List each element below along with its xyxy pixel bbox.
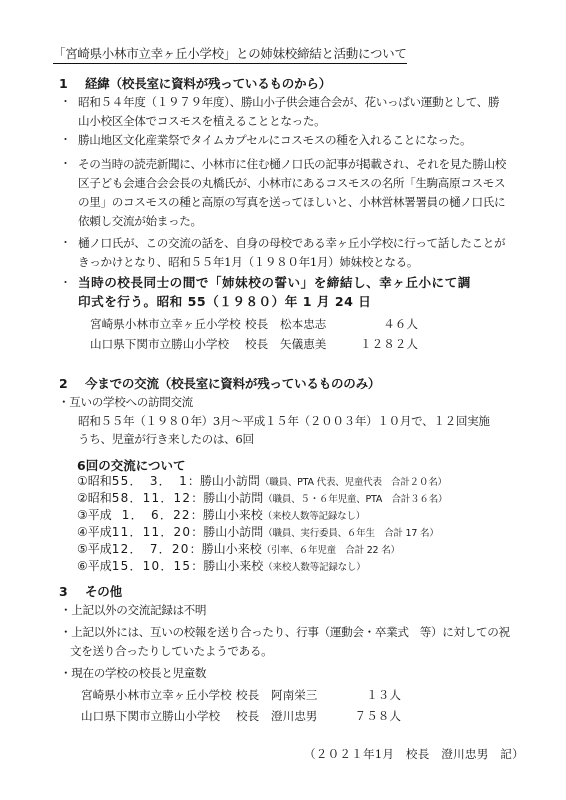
exchange-number: ② [77, 491, 88, 505]
signature: （２０２１年1月 校長 澄川忠男 記） [304, 746, 524, 762]
s1-item1-line2: 山小校区全体でコスモスを植えることとなった。 [78, 113, 325, 129]
s1-item4-line1: 樋ノ口氏が、この交流の話を、自身の母校である幸ヶ丘小学校に行って話したことが [78, 235, 505, 251]
exchange-event: ：勝山小訪問 [188, 474, 260, 488]
exchange-item: ①昭和55． 3． 1：勝山小訪問（職員、PTA 代表、児童代表 合計２０名） [77, 473, 447, 491]
exchange-event: ：勝山小訪問 [191, 491, 263, 505]
school-name: 宮崎県小林市立幸ヶ丘小学校 [81, 687, 232, 703]
section-1-number: 1 [59, 76, 85, 91]
section-2-title: 今までの交流（校長室に資料が残っているもののみ） [85, 376, 380, 391]
exchange-era: 昭和 [88, 474, 112, 488]
s1-item1-line1: 昭和５４年度（１９７９年度）、勝山小子供会連合会が、花いっぱい運動として、勝 [78, 94, 499, 110]
school-name: 宮崎県小林市立幸ヶ丘小学校 [90, 316, 241, 332]
exchange-item: ③平成 1． 6．22：勝山小来校（来校人数等記録なし） [77, 507, 365, 525]
section-2-heading: 2今までの交流（校長室に資料が残っているもののみ） [59, 374, 380, 392]
s3-item1: ・上記以外の交流記録は不明 [60, 602, 206, 618]
exchange-era: 昭和 [88, 491, 112, 505]
s1-item3-line1: その当時の読売新聞に、小林市に住む樋ノ口氏の記事が掲載され、それを見た勝山校 [78, 156, 506, 172]
exchange-era: 平成 [88, 508, 112, 522]
exchange-era: 平成 [88, 542, 112, 556]
school-role: 校長 [245, 316, 268, 332]
section-3-heading: 3その他 [59, 582, 122, 600]
exchange-note: （職員、５・６年児童、PTA 合計３６名） [263, 494, 447, 505]
exchange-date: 1． 6．22 [112, 508, 191, 522]
student-count: ７５８人 [331, 708, 401, 724]
exchange-note: （職員、実行委員、６年生 合計 17 名） [263, 528, 438, 539]
exchange-note: （来校人数等記録なし） [263, 511, 365, 522]
bullet-icon: ・ [60, 94, 71, 110]
bullet-icon: ・ [60, 235, 71, 251]
student-count: ４６人 [360, 316, 418, 332]
exchange-event: ：勝山小来校 [190, 542, 262, 556]
section-1-heading: 1経緯（校長室に資料が残っているものから） [59, 74, 331, 92]
s1-item5-line1: 当時の校長同士の間で「姉妹校の誓い」を締結し、幸ヶ丘小にて調 [78, 274, 471, 292]
s3-item3: ・現在の学校の校長と児童数 [60, 665, 206, 681]
document-title: 「宮崎県小林市立幸ヶ丘小学校」との姉妹校締結と活動について [53, 44, 407, 64]
s1-item3-line3: の里」のコスモスの種と高原の写真を送ってほしいと、小林営林署署員の樋ノ口氏に [78, 194, 505, 210]
exchange-note: （引率、６年児童 合計 22 名） [262, 545, 400, 556]
exchange-number: ① [77, 474, 88, 488]
section-3-number: 3 [59, 584, 85, 599]
exchange-date: 12． 7．20 [112, 542, 190, 556]
principal-name: 澄川忠男 [271, 708, 317, 724]
bullet-icon: ・ [60, 132, 71, 148]
student-count: １３人 [331, 687, 401, 703]
exchange-date: 11．11．20 [112, 525, 191, 539]
school-role: 校長 [236, 708, 259, 724]
s3-item2-line1: ・上記以外には、互いの校報を送り合ったり、行事（運動会・卒業式 等）に対しての祝 [60, 624, 510, 640]
section-2-number: 2 [59, 376, 85, 391]
exchange-event: ：勝山小訪問 [191, 525, 263, 539]
document-page: 「宮崎県小林市立幸ヶ丘小学校」との姉妹校締結と活動について 1経緯（校長室に資料… [0, 0, 566, 800]
exchange-date: 15．10．15 [112, 559, 191, 573]
exchange-item: ②昭和58．11．12：勝山小訪問（職員、５・６年児童、PTA 合計３６名） [77, 490, 447, 508]
bullet-icon: ・ [60, 156, 71, 172]
s1-item3-line2: 区子ども会連合会会長の丸橋氏が、小林市にあるコスモスの名所「生駒高原コスモス [78, 175, 505, 191]
section-1-title: 経緯（校長室に資料が残っているものから） [85, 76, 331, 91]
exchange-note: （職員、PTA 代表、児童代表 合計２０名） [260, 477, 447, 488]
bullet-icon: ・ [60, 275, 71, 291]
exchange-event: ：勝山小来校 [191, 559, 263, 573]
principal-name: 松本忠志 [280, 316, 326, 332]
exchange-item: ⑥平成15．10．15：勝山小来校（来校人数等記録なし） [77, 558, 366, 576]
exchange-era: 平成 [88, 525, 112, 539]
exchange-date: 55． 3． 1 [112, 474, 188, 488]
school-role: 校長 [245, 336, 268, 352]
s3-item2-line2: 文を送り合ったりしていたようである。 [70, 643, 272, 659]
principal-name: 阿南栄三 [271, 687, 317, 703]
section-3-title: その他 [85, 584, 122, 599]
exchange-number: ⑥ [77, 559, 88, 573]
principal-name: 矢儀恵美 [280, 336, 326, 352]
exchanges-heading: 6回の交流について [77, 456, 185, 474]
exchange-era: 平成 [88, 559, 112, 573]
school-name: 山口県下関市立勝山小学校 [81, 708, 220, 724]
school-role: 校長 [236, 687, 259, 703]
school-name: 山口県下関市立勝山小学校 [90, 336, 229, 352]
student-count: １２８２人 [360, 336, 418, 352]
exchange-date: 58．11．12 [112, 491, 191, 505]
exchange-item: ⑤平成12． 7．20：勝山小来校（引率、６年児童 合計 22 名） [77, 541, 400, 559]
exchange-event: ：勝山小来校 [191, 508, 263, 522]
exchange-note: （来校人数等記録なし） [263, 562, 365, 573]
exchange-number: ③ [77, 508, 88, 522]
exchange-item: ④平成11．11．20：勝山小訪問（職員、実行委員、６年生 合計 17 名） [77, 524, 439, 542]
s2-summary-line1: 昭和５５年（１９８０年）3月～平成１５年（２００３年）１０月で、１２回実施 [78, 413, 490, 429]
s1-item5-line2: 印式を行う。昭和 55（１９８０）年 1 月 24 日 [78, 293, 371, 311]
s2-visit-label: ・互いの学校への訪問交流 [58, 394, 193, 410]
s2-summary-line2: うち、児童が行き来したのは、6回 [78, 431, 254, 447]
s1-item3-line4: 依頼し交流が始まった。 [78, 213, 202, 229]
exchange-number: ⑤ [77, 542, 88, 556]
exchange-number: ④ [77, 525, 88, 539]
s1-item2-line1: 勝山地区文化産業祭でタイムカプセルにコスモスの種を入れることになった。 [78, 132, 471, 148]
s1-item4-line2: きっかけとなり、昭和５５年1月（１９８０年1月）姉妹校となる。 [78, 254, 418, 270]
